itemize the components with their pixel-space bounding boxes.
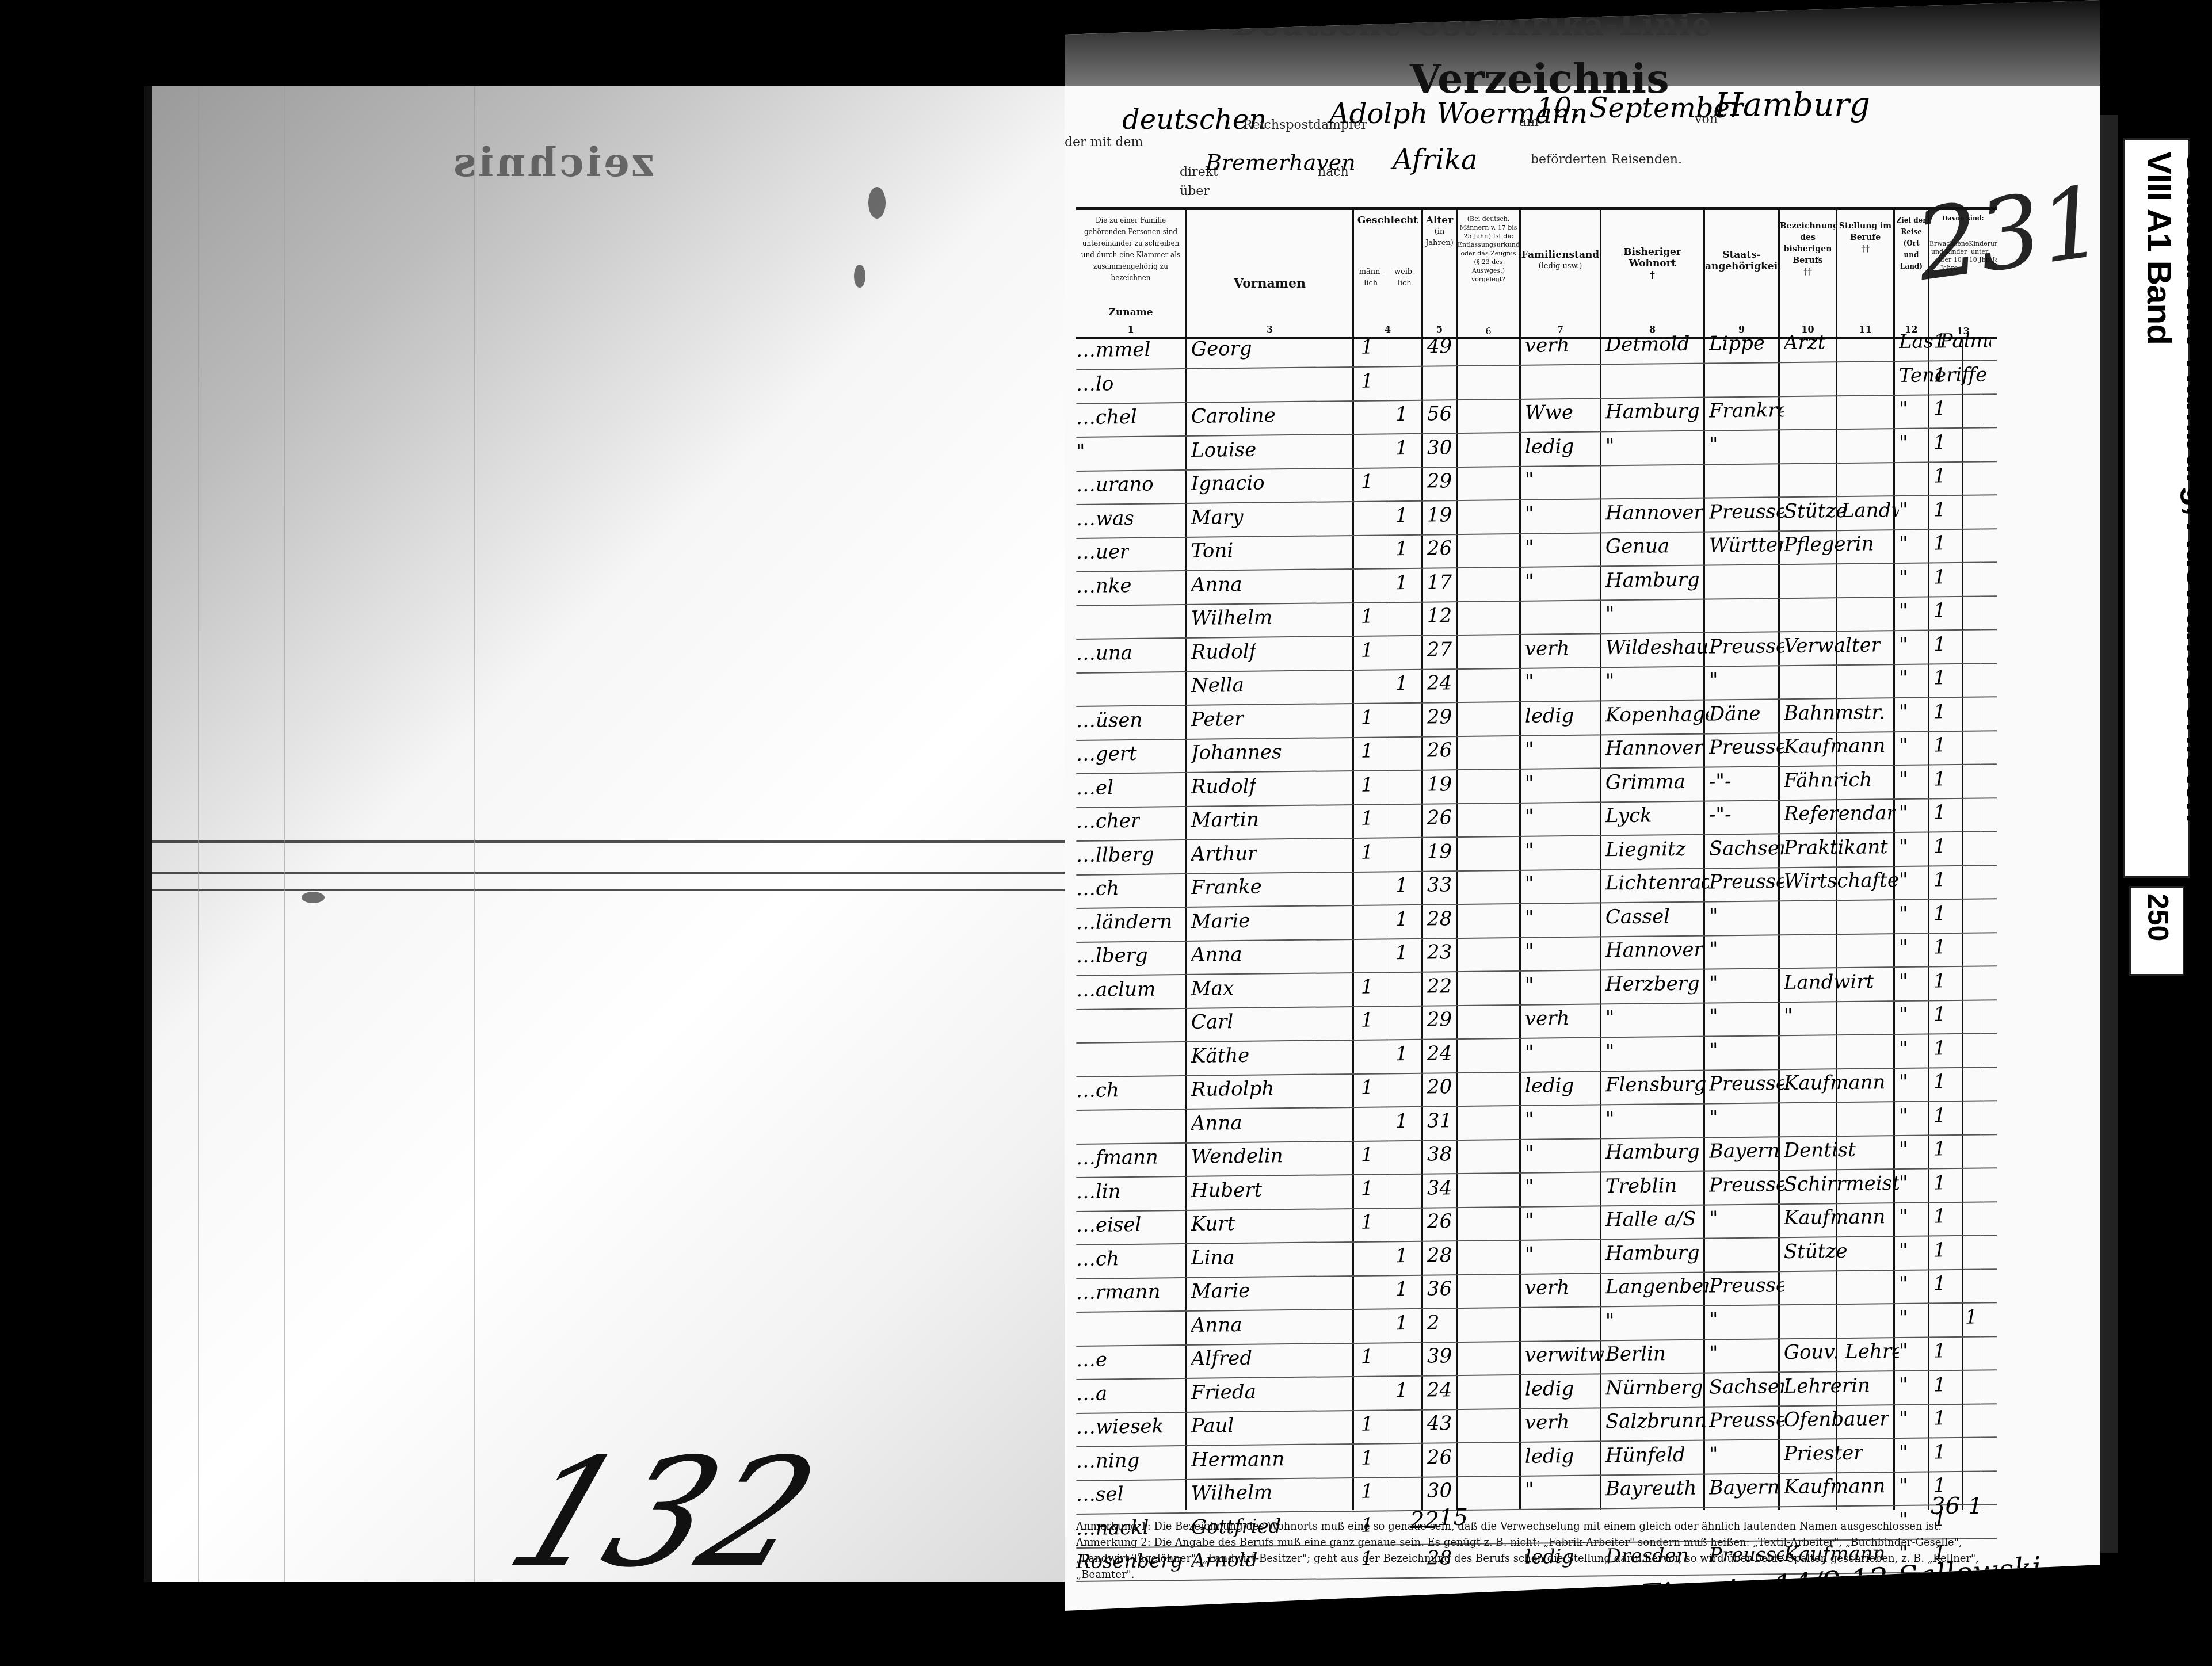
cell-occupation: Fähnrich (1784, 768, 1872, 792)
col-header-mark: †† (1780, 266, 1836, 278)
footnote-1: Anmerkung 1: Die Bezeichnung des Wohnort… (1076, 1519, 1997, 1535)
col-header-label: Davon sind: (1929, 215, 1997, 223)
cell-destination: " (1899, 633, 1908, 656)
cell-given: Nella (1191, 674, 1244, 697)
cell-adults: 1 (1933, 1339, 1946, 1362)
cell-adults: 1 (1933, 565, 1946, 589)
cell-destination: " (1899, 801, 1908, 824)
cell-status: " (1525, 570, 1534, 593)
cell-age: 43 (1427, 1412, 1452, 1435)
cell-given: Marie (1191, 909, 1250, 933)
cell-status: " (1525, 1142, 1534, 1165)
cell-age: 30 (1427, 436, 1452, 459)
col-header-marital-status: Familienstand (ledig usw.) 7 (1519, 210, 1600, 337)
cell-occupation: Kaufmann (1784, 734, 1886, 758)
col-header-age: Alter (in Jahren) 5 (1421, 210, 1456, 337)
cell-nationality: " (1709, 938, 1718, 961)
cell-f: 1 (1395, 874, 1408, 897)
archive-label: Staatsarchiv Hamburg, Auswandererlisten … (2123, 138, 2190, 878)
cell-status: " (1525, 805, 1534, 828)
cell-residence: Lyck (1605, 804, 1652, 828)
col-header-mark: †† (1837, 243, 1893, 255)
col-header-label: Bisheriger Wohnort (1601, 246, 1703, 269)
mirrored-ghost-title: zeichnis (451, 138, 654, 186)
cell-occupation: Ofenbauer (1784, 1407, 1889, 1431)
ink-blot (302, 892, 325, 903)
ink-blot (868, 187, 886, 219)
cell-nationality: " (1709, 1106, 1718, 1129)
cell-adults: 1 (1933, 1272, 1946, 1295)
cell-m: 1 (1361, 1211, 1374, 1234)
cell-status: " (1525, 536, 1534, 559)
cell-position: Landwirtin (1841, 499, 1899, 522)
cell-surname: …fmann (1076, 1146, 1158, 1170)
cell-nationality: " (1709, 668, 1718, 691)
cell-nationality: Preussen (1709, 635, 1784, 658)
cell-residence: Detmold (1605, 333, 1690, 357)
cell-given: Rudolf (1191, 640, 1257, 663)
cell-m: 1 (1361, 639, 1374, 662)
cell-f: 1 (1395, 436, 1408, 459)
cell-residence: " (1605, 670, 1615, 693)
cell-adults: 1 (1933, 767, 1946, 790)
cell-destination: " (1899, 1440, 1908, 1464)
col-subheader-infants: unter 1 Jahr (1990, 240, 1997, 272)
cell-adults: 1 (1933, 599, 1946, 622)
cell-destination: " (1899, 667, 1908, 690)
cell-destination: " (1899, 969, 1908, 992)
cell-destination: " (1899, 1239, 1908, 1262)
cell-given: Caroline (1191, 404, 1276, 428)
cell-destination: " (1899, 767, 1908, 790)
cell-destination: " (1899, 1273, 1908, 1296)
cell-f: 1 (1395, 1244, 1408, 1267)
cell-f: 1 (1395, 907, 1408, 930)
cell-status: " (1525, 771, 1534, 794)
cell-m: 1 (1361, 1177, 1374, 1200)
cell-status: ledig (1525, 704, 1574, 727)
cell-nationality: " (1709, 1443, 1718, 1466)
cell-given: Martin (1191, 808, 1259, 832)
cell-f: 1 (1395, 1278, 1408, 1301)
cell-age: 27 (1427, 638, 1452, 661)
cell-residence: " (1605, 1309, 1615, 1332)
cell-surname: …ländern (1076, 910, 1172, 934)
volume-label: 250 (2129, 886, 2184, 976)
cell-given: Rudolf (1191, 774, 1257, 798)
cell-residence: Langenberg (1605, 1274, 1709, 1298)
cell-adults: 1 (1933, 1373, 1946, 1396)
cell-residence: " (1605, 1006, 1615, 1029)
cell-residence: Hannover (1605, 500, 1703, 525)
cell-adults: 1 (1933, 1205, 1946, 1228)
col-subheader-children-u10: Kinder unter 10 Jhr. (1969, 240, 1990, 272)
cell-given: Louise (1191, 438, 1257, 461)
cell-status: " (1525, 940, 1534, 963)
cell-age: 26 (1427, 1446, 1452, 1469)
cell-status: " (1525, 839, 1534, 862)
cell-residence: Kopenhagen (1605, 702, 1709, 727)
col-header-residence: Bisheriger Wohnort † 8 (1600, 210, 1703, 337)
cell-given: Anna (1191, 1313, 1242, 1336)
cell-age: 19 (1427, 503, 1452, 526)
col-header-label: Bezeichnung des bisherigen Berufs (1780, 220, 1836, 266)
cell-surname: …el (1076, 776, 1113, 800)
cell-destination: " (1899, 1373, 1908, 1396)
cell-m: 1 (1361, 369, 1374, 392)
cell-occupation: Gouv. Lehrer (1784, 1340, 1899, 1364)
cell-adults: 1 (1933, 532, 1946, 555)
cell-status: " (1525, 873, 1534, 896)
cell-nationality: Frankreich (1709, 399, 1784, 422)
cell-residence: Hamburg (1605, 568, 1700, 592)
voyage-header: der mit dem deutschen Reichspostdampfer … (1065, 92, 2014, 155)
cell-f: 1 (1395, 1042, 1408, 1065)
col-header-label: Zuname (1076, 307, 1185, 318)
col-header-destination: Ziel der Reise (Ort und Land) 12 (1893, 210, 1928, 337)
cell-residence: Cassel (1605, 905, 1671, 928)
cell-status: " (1525, 738, 1534, 761)
cell-given: Anna (1191, 572, 1242, 596)
cell-given: Anna (1191, 943, 1242, 966)
cell-status: verh (1525, 1276, 1570, 1300)
cell-surname: …sel (1076, 1482, 1124, 1506)
cell-occupation: Kaufmann (1784, 1205, 1886, 1229)
col-header-label: Stellung im Berufe (1837, 220, 1893, 243)
col-header-sub: (in Jahren) (1423, 226, 1456, 249)
cell-age: 26 (1427, 537, 1452, 560)
cell-age: 56 (1427, 402, 1452, 425)
cell-destination: " (1899, 1138, 1908, 1161)
cell-residence: Treblin (1605, 1174, 1677, 1198)
cell-age: 22 (1427, 975, 1452, 998)
cell-nationality: Preussen (1709, 735, 1784, 759)
cell-status: " (1525, 973, 1534, 996)
cell-nationality: Däne (1709, 702, 1761, 725)
cell-surname: …nke (1076, 574, 1132, 597)
cell-status: verh (1525, 1007, 1570, 1030)
cell-nationality: Preussen (1709, 870, 1784, 893)
cell-given: Alfred (1191, 1347, 1253, 1370)
cell-residence: Hünfeld (1605, 1443, 1685, 1466)
cell-m: 1 (1361, 1446, 1374, 1469)
prefix-label: der mit dem (1065, 135, 1143, 150)
cell-surname: …rmann (1076, 1280, 1161, 1304)
cell-m: 1 (1361, 807, 1374, 830)
cell-status: " (1525, 906, 1534, 929)
cell-destination: " (1899, 1474, 1908, 1497)
cell-m: 1 (1361, 840, 1374, 863)
cell-nationality: " (1709, 1207, 1718, 1230)
cell-adults: 1 (1933, 902, 1946, 925)
cell-destination: " (1899, 498, 1908, 521)
cell-destination: " (1899, 532, 1908, 555)
cell-given: Hubert (1191, 1178, 1263, 1202)
col-header-occupation: Bezeichnung des bisherigen Berufs †† 10 (1778, 210, 1836, 337)
cell-occupation: Lehrerin (1784, 1374, 1870, 1398)
cell-status: verwitwet (1525, 1343, 1605, 1366)
binding-spine (2100, 115, 2118, 1553)
cell-age: 2 (1427, 1311, 1440, 1334)
cell-occupation: Praktikant (1784, 835, 1888, 859)
cell-m: 1 (1361, 1076, 1374, 1099)
cell-age: 26 (1427, 1210, 1452, 1233)
cell-residence: Bayreuth (1605, 1477, 1697, 1501)
passenger-list: …mmelGeorg149verhDetmoldLippeArztLas Pal… (1076, 337, 1997, 1582)
cell-destination: " (1899, 1171, 1908, 1194)
cell-given: Rudolph (1191, 1077, 1275, 1101)
cell-destination: " (1899, 431, 1908, 454)
cell-adults: 1 (1933, 364, 1946, 387)
cell-age: 36 (1427, 1277, 1452, 1300)
cell-surname: …aclum (1076, 977, 1156, 1001)
divider-line (152, 840, 1084, 843)
cell-occupation: Bahnmstr. (1784, 701, 1885, 725)
cell-adults: 1 (1933, 935, 1946, 958)
cell-nationality: Lippe (1709, 331, 1765, 355)
cell-occupation: Schirrmeister (1784, 1172, 1899, 1196)
from-port-value: Hamburg (1715, 86, 1870, 124)
cell-age: 31 (1427, 1109, 1452, 1132)
cell-status: " (1525, 1108, 1534, 1131)
cell-f: 1 (1395, 941, 1408, 964)
cell-adults: 1 (1933, 1104, 1946, 1127)
to-label: nach (1318, 165, 1349, 179)
cell-age: 24 (1427, 1378, 1452, 1401)
cell-surname: …uer (1076, 540, 1130, 564)
cell-status: ledig (1525, 434, 1574, 458)
col-header-discharge: (Bei deutsch. Männern v. 17 bis 25 Jahr.… (1456, 210, 1519, 337)
cell-status: Wwe (1525, 401, 1574, 425)
cell-f: 1 (1395, 1378, 1408, 1401)
cell-status: " (1525, 671, 1534, 694)
cell-destination: " (1899, 734, 1908, 757)
divider-line (152, 872, 1084, 874)
col-header-label: Alter (1423, 215, 1456, 226)
company-name: Deutsche Ost-Afrika-Linie (1231, 6, 1713, 43)
cell-m: 1 (1361, 1480, 1374, 1503)
cell-nationality: " (1709, 1005, 1718, 1028)
col-header-sex: Geschlecht männ-lich weib-lich 4 (1352, 210, 1421, 337)
col-header-label: Ziel der Reise (Ort und Land) (1895, 215, 1928, 272)
cell-occupation: Verwalter (1784, 633, 1881, 658)
cell-surname: …eisel (1076, 1213, 1142, 1237)
cell-adults: 1 (1933, 733, 1946, 756)
cell-destination: " (1899, 1037, 1908, 1060)
cell-surname: …urano (1076, 473, 1154, 496)
col-header-surname: Die zu einer Familie gehörenden Personen… (1076, 210, 1185, 337)
cell-surname: …was (1076, 506, 1134, 530)
cell-residence: " (1605, 1040, 1615, 1063)
cell-status: " (1525, 1041, 1534, 1064)
cell-given: Georg (1191, 337, 1252, 361)
cell-status: ledig (1525, 1444, 1574, 1468)
divider-line (152, 889, 1084, 891)
cell-given: Mary (1191, 505, 1244, 529)
cell-destination: " (1899, 398, 1908, 421)
voyage-header-line2: direkt Bremerhaven nach Afrika befördert… (1065, 152, 2014, 187)
cell-age: 28 (1427, 1244, 1452, 1267)
cell-given: Lina (1191, 1246, 1235, 1270)
cell-status: " (1525, 1478, 1534, 1501)
cell-residence: Hamburg (1605, 1140, 1700, 1164)
cell-nationality: Württemberg (1709, 533, 1784, 557)
cell-surname: …e (1076, 1348, 1108, 1371)
cell-nationality: Sachsen (1709, 1375, 1784, 1398)
cell-status: ledig (1525, 1377, 1574, 1400)
cell-destination: " (1899, 1071, 1908, 1094)
cell-destination: " (1899, 936, 1908, 959)
cell-nationality: Bayern (1709, 1139, 1780, 1163)
cell-age: 19 (1427, 773, 1452, 796)
cell-residence: " (1605, 602, 1615, 625)
cell-age: 28 (1427, 907, 1452, 930)
cell-residence: " (1605, 1107, 1615, 1130)
cell-adults: 1 (1933, 498, 1946, 521)
cell-occupation: Kaufmann (1784, 1474, 1886, 1499)
cell-status: verh (1525, 637, 1570, 660)
cell-age: 29 (1427, 469, 1452, 492)
col-header-note: Die zu einer Familie gehörenden Personen… (1076, 215, 1185, 284)
cell-age: 34 (1427, 1176, 1452, 1199)
col-header-label: Geschlecht (1354, 215, 1421, 226)
cell-age: 26 (1427, 806, 1452, 829)
cell-surname: …llberg (1076, 843, 1154, 866)
cell-status: " (1525, 1209, 1534, 1232)
cell-nationality: Preussen (1709, 1072, 1784, 1095)
from-label: von (1695, 112, 1718, 127)
cell-surname: …ch (1076, 1247, 1119, 1271)
cell-given: Max (1191, 977, 1234, 1000)
cell-surname: " (1076, 440, 1085, 463)
cell-nationality: -"- (1709, 770, 1732, 793)
cell-destination: " (1899, 902, 1908, 925)
cell-given: Käthe (1191, 1044, 1250, 1067)
cell-occupation: Priester (1784, 1441, 1863, 1465)
cell-residence: Hannover (1605, 736, 1703, 761)
col-subheader-adults: Erwachsene und Kinder über 10 Jahre (1929, 240, 1969, 272)
total-children: 1 (1968, 1493, 1982, 1519)
volume-number: 250 (2141, 893, 2175, 941)
cell-age: 20 (1427, 1075, 1452, 1098)
cell-nationality: " (1709, 1308, 1718, 1331)
travellers-label: beförderten Reisenden. (1531, 152, 1682, 167)
cell-age: 29 (1427, 1008, 1452, 1031)
ueber-label: über (1180, 184, 1210, 198)
cell-nationality: " (1709, 972, 1718, 995)
cell-age: 33 (1427, 873, 1452, 896)
cell-adults: 1 (1933, 1037, 1946, 1060)
col-header-label: (Bei deutsch. Männern v. 17 bis 25 Jahr.… (1458, 215, 1519, 284)
cell-nationality: " (1709, 1342, 1718, 1365)
cell-given: Wendelin (1191, 1144, 1283, 1168)
cell-destination: " (1899, 1306, 1908, 1329)
cell-adults: 1 (1933, 1440, 1946, 1464)
cell-nationality: -"- (1709, 803, 1732, 826)
folio-number: 132 (489, 1427, 837, 1600)
cell-given: Carl (1191, 1010, 1234, 1034)
cell-surname: …chel (1076, 406, 1137, 429)
cell-adults: 1 (1933, 1171, 1946, 1194)
cell-given: Frieda (1191, 1380, 1256, 1404)
cell-m: 1 (1361, 706, 1374, 729)
cell-adults: 1 (1933, 1407, 1946, 1430)
cell-destination: " (1899, 1104, 1908, 1127)
cell-surname: …cher (1076, 809, 1141, 833)
col-header-label: Staats-angehörigkeit (1705, 249, 1778, 272)
cell-surname: …a (1076, 1382, 1108, 1405)
cell-surname: …üsen (1076, 708, 1143, 732)
col-header-mark: † (1601, 269, 1703, 281)
cell-residence: Hamburg (1605, 1241, 1700, 1265)
cell-residence: Herzberg (1605, 972, 1700, 996)
cell-surname: …wiesek (1076, 1415, 1164, 1439)
cell-occupation: Dentist (1784, 1138, 1856, 1162)
cell-nationality: Preussen (1709, 1173, 1784, 1197)
cell-given: Marie (1191, 1279, 1250, 1303)
cell-destination: " (1899, 565, 1908, 589)
cell-adults: 1 (1933, 835, 1946, 858)
cell-given: Wilhelm (1191, 606, 1273, 629)
cell-given: Johannes (1191, 740, 1282, 765)
col-header-position: Stellung im Berufe †† 11 (1836, 210, 1893, 337)
cell-given: Arthur (1191, 842, 1257, 865)
col-subheader-male: männ-lich (1354, 266, 1388, 289)
cell-nationality: Preussen (1709, 1408, 1784, 1432)
cell-f: 1 (1395, 503, 1408, 526)
cell-adults: 1 (1933, 397, 1946, 420)
cell-surname: …lo (1076, 372, 1114, 396)
cell-residence: Genua (1605, 534, 1670, 558)
cell-nationality: Preussen (1709, 1274, 1784, 1297)
cell-status: " (1525, 502, 1534, 525)
cell-adults: 1 (1933, 969, 1946, 992)
cell-nationality: " (1709, 433, 1718, 456)
cell-f: 1 (1395, 537, 1408, 560)
cell-occupation: Referendar (1784, 801, 1896, 826)
cell-destination: " (1899, 1340, 1908, 1363)
cell-given: Anna (1191, 1111, 1242, 1134)
cell-adults: 1 (1933, 330, 1946, 353)
col-number: 1 (1076, 324, 1185, 335)
cell-residence: Grimma (1605, 770, 1685, 793)
cell-residence: Hamburg (1605, 400, 1700, 424)
cell-age: 24 (1427, 1042, 1452, 1065)
col-header-given-names: Vornamen 3 (1185, 210, 1352, 337)
cell-m: 1 (1361, 1346, 1374, 1369)
cell-f: 1 (1395, 571, 1408, 594)
ink-blot (854, 265, 865, 288)
cell-status: verh (1525, 1411, 1570, 1434)
cell-adults: 1 (1933, 1070, 1946, 1093)
cell-m: 1 (1361, 975, 1374, 998)
cell-residence: " (1605, 434, 1615, 457)
cell-adults: 1 (1933, 1003, 1946, 1026)
cell-m: 1 (1361, 1413, 1374, 1436)
cell-residence: Halle a/S (1605, 1208, 1696, 1232)
col-header-label: Familienstand (1521, 249, 1600, 261)
cell-occupation: Pflegerin (1784, 532, 1874, 556)
table-header: Die zu einer Familie gehörenden Personen… (1076, 207, 1997, 339)
cell-age: 12 (1427, 604, 1452, 627)
col-header-nationality: Staats-angehörigkeit 9 (1703, 210, 1778, 337)
cell-m: 1 (1361, 336, 1374, 359)
cell-adults: 1 (1933, 801, 1946, 824)
footnote-2: Anmerkung 2: Die Angabe des Berufs muß e… (1076, 1535, 1997, 1583)
cell-residence: Salzbrunn (1605, 1409, 1707, 1434)
cell-age: 26 (1427, 739, 1452, 762)
col-header-label: Vornamen (1187, 278, 1352, 289)
